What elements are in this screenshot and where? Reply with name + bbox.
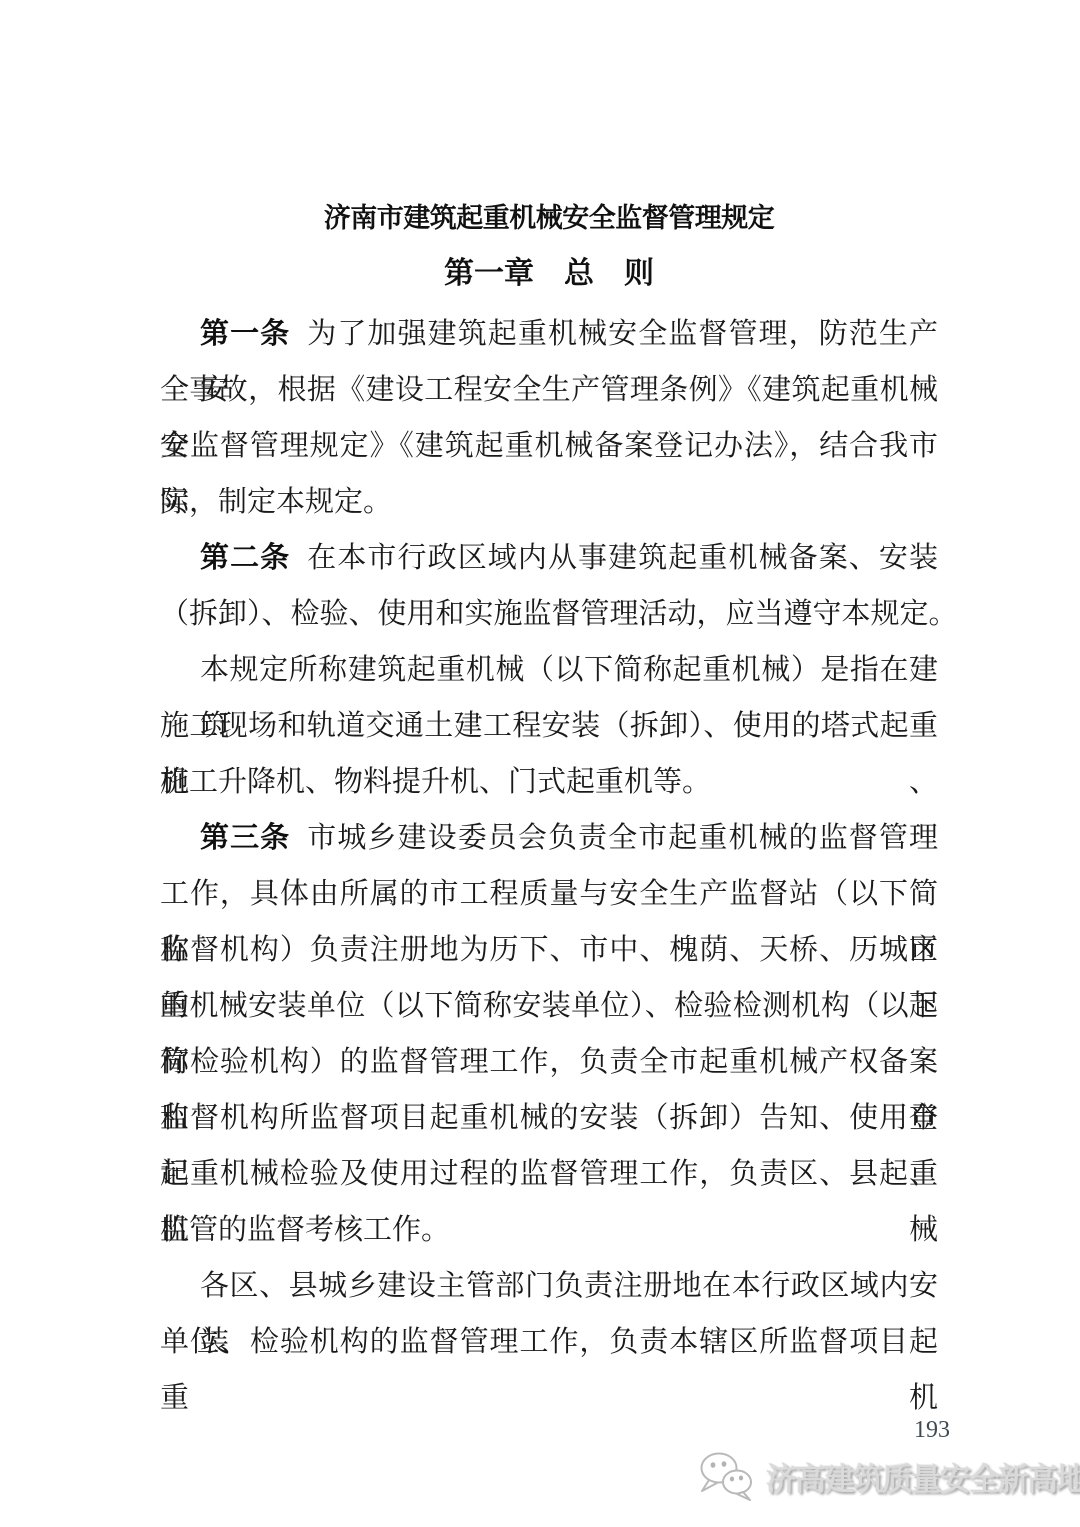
body-line: 各区、县城乡建设主管部门负责注册地在本行政区域内安装 [160,1258,938,1314]
body-line: 本规定所称建筑起重机械（以下简称起重机械）是指在建筑 [160,642,938,698]
article-number: 第三条 [200,822,290,854]
body-line: 监督机构所监督项目起重机械的安装（拆卸）告知、使用登记、 [160,1090,938,1146]
page-number: 193 [914,1416,950,1444]
body-line: 监督机构）负责注册地为历下、市中、槐荫、天桥、历城区的起 [160,922,938,978]
body-line: 际，制定本规定。 [160,474,938,530]
article-number: 第二条 [200,542,290,574]
document-content: 济南市建筑起重机械安全监督管理规定 第一章 总 则 第一条为了加强建筑起重机械安… [160,190,938,1370]
watermark-text: 济高建筑质量安全新高地 [766,1454,1080,1499]
body-line: 工作，具体由所属的市工程质量与安全生产监督站（以下简称市 [160,866,938,922]
body-line: 称检验机构）的监督管理工作，负责全市起重机械产权备案和市 [160,1034,938,1090]
body-line: 单位、检验机构的监督管理工作，负责本辖区所监督项目起重机 [160,1314,938,1370]
wechat-icon [698,1450,758,1502]
body-line: 第一条为了加强建筑起重机械安全监督管理，防范生产安 [160,306,938,362]
document-body: 第一条为了加强建筑起重机械安全监督管理，防范生产安全事故，根据《建设工程安全生产… [160,306,938,1370]
body-line: 第三条市城乡建设委员会负责全市起重机械的监督管理 [160,810,938,866]
body-line: 施工现场和轨道交通土建工程安装（拆卸）、使用的塔式起重机、 [160,698,938,754]
document-title: 济南市建筑起重机械安全监督管理规定 [160,190,938,246]
body-line: 全监督管理规定》《建筑起重机械备案登记办法》，结合我市实 [160,418,938,474]
document-page: 济南市建筑起重机械安全监督管理规定 第一章 总 则 第一条为了加强建筑起重机械安… [0,0,1080,1527]
body-line: 第二条在本市行政区域内从事建筑起重机械备案、安装 [160,530,938,586]
body-line: 全事故，根据《建设工程安全生产管理条例》《建筑起重机械安 [160,362,938,418]
chapter-heading: 第一章 总 则 [160,246,938,302]
watermark: 济高建筑质量安全新高地 [698,1450,1080,1502]
article-number: 第一条 [200,318,290,350]
body-line: 起重机械检验及使用过程的监督管理工作，负责区、县起重机械 [160,1146,938,1202]
body-line: 重机械安装单位（以下简称安装单位）、检验检测机构（以下简 [160,978,938,1034]
body-line: （拆卸）、检验、使用和实施监督管理活动，应当遵守本规定。 [160,586,938,642]
